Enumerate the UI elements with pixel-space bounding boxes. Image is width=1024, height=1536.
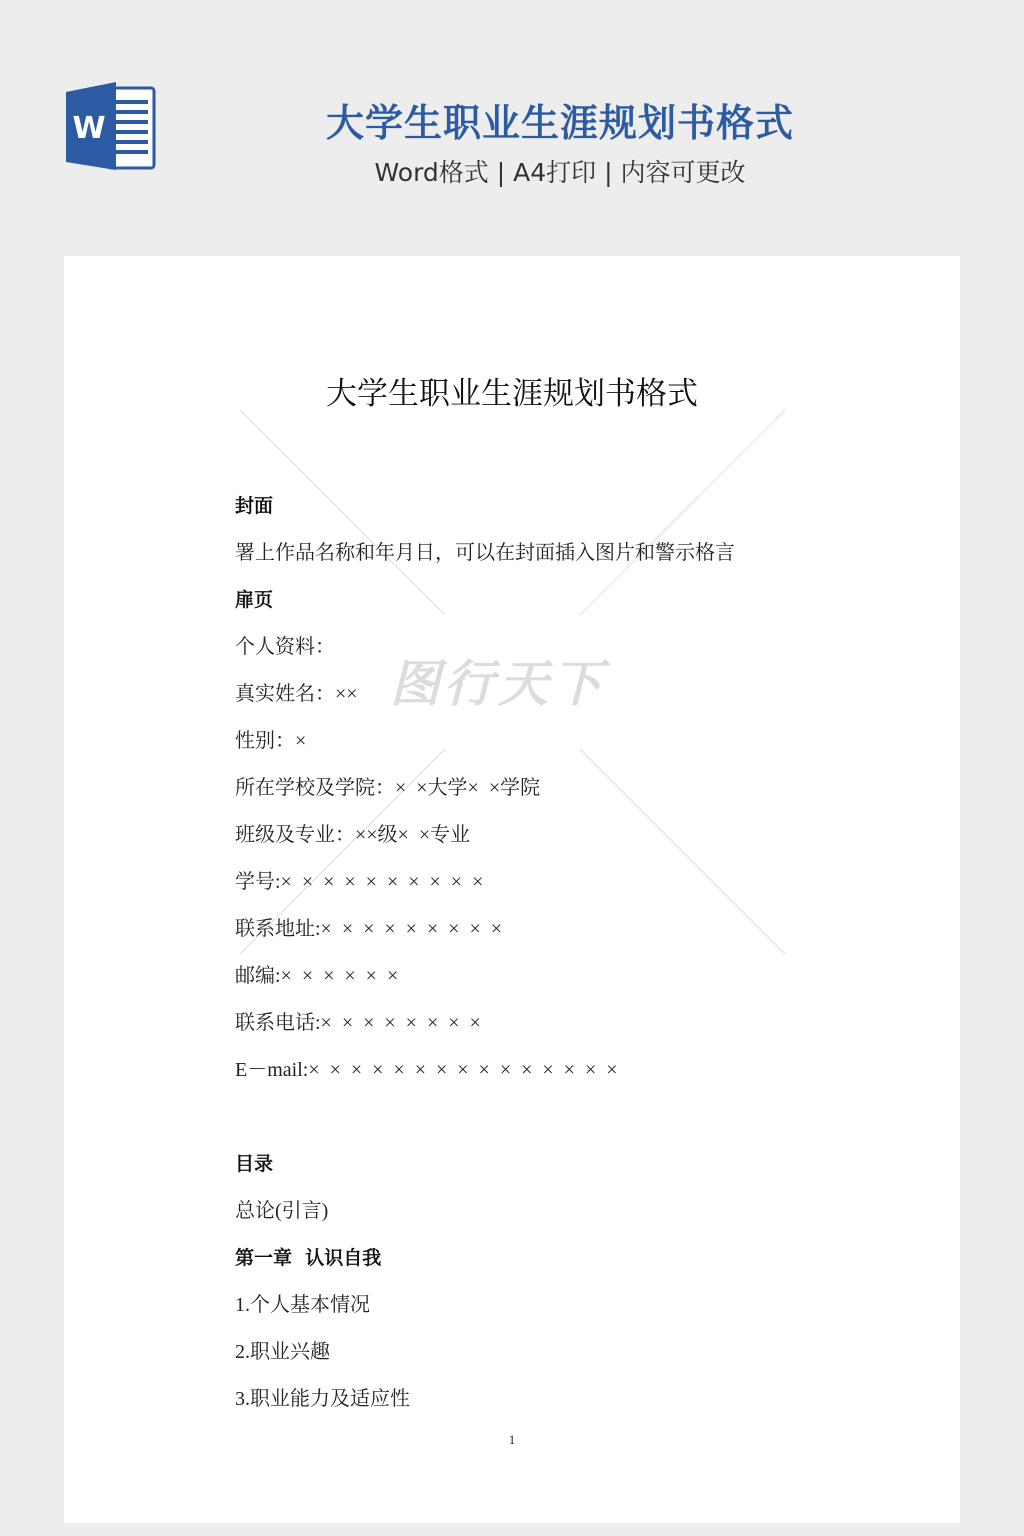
- document-page: 图行天下 大学生职业生涯规划书格式 封面 署上作品名称和年月日，可以在封面插入图…: [64, 256, 960, 1523]
- toc-item: 2.职业兴趣: [235, 1335, 855, 1382]
- field-phone: 联系电话:× × × × × × × ×: [235, 1006, 855, 1053]
- field-gender: 性别：×: [235, 724, 855, 771]
- word-document-icon: W: [64, 80, 156, 172]
- toc-item: 3.职业能力及适应性: [235, 1382, 855, 1429]
- field-email: E－mail:× × × × × × × × × × × × × × ×: [235, 1053, 855, 1100]
- section-heading-title-page: 扉页: [235, 583, 855, 630]
- header: W 大学生职业生涯规划书格式 Word格式 | A4打印 | 内容可更改: [0, 0, 1024, 256]
- document-body: 封面 署上作品名称和年月日，可以在封面插入图片和警示格言 扉页 个人资料： 真实…: [235, 489, 855, 1429]
- header-title: 大学生职业生涯规划书格式: [300, 92, 820, 147]
- page-number: 1: [504, 1432, 520, 1448]
- field-class-major: 班级及专业：××级× ×专业: [235, 818, 855, 865]
- field-student-id: 学号:× × × × × × × × × ×: [235, 865, 855, 912]
- blank-line: [235, 1100, 855, 1147]
- field-school: 所在学校及学院：× ×大学× ×学院: [235, 771, 855, 818]
- document-title: 大学生职业生涯规划书格式: [64, 368, 960, 413]
- paragraph: 个人资料：: [235, 630, 855, 677]
- field-address: 联系地址:× × × × × × × × ×: [235, 912, 855, 959]
- field-name: 真实姓名：××: [235, 677, 855, 724]
- section-heading-toc: 目录: [235, 1147, 855, 1194]
- paragraph: 署上作品名称和年月日，可以在封面插入图片和警示格言: [235, 536, 855, 583]
- header-subtitle: Word格式 | A4打印 | 内容可更改: [300, 153, 820, 189]
- section-heading-cover: 封面: [235, 489, 855, 536]
- field-postcode: 邮编:× × × × × ×: [235, 959, 855, 1006]
- toc-chapter-heading: 第一章 认识自我: [235, 1241, 855, 1288]
- svg-text:W: W: [72, 111, 105, 146]
- toc-item: 总论(引言): [235, 1194, 855, 1241]
- toc-item: 1.个人基本情况: [235, 1288, 855, 1335]
